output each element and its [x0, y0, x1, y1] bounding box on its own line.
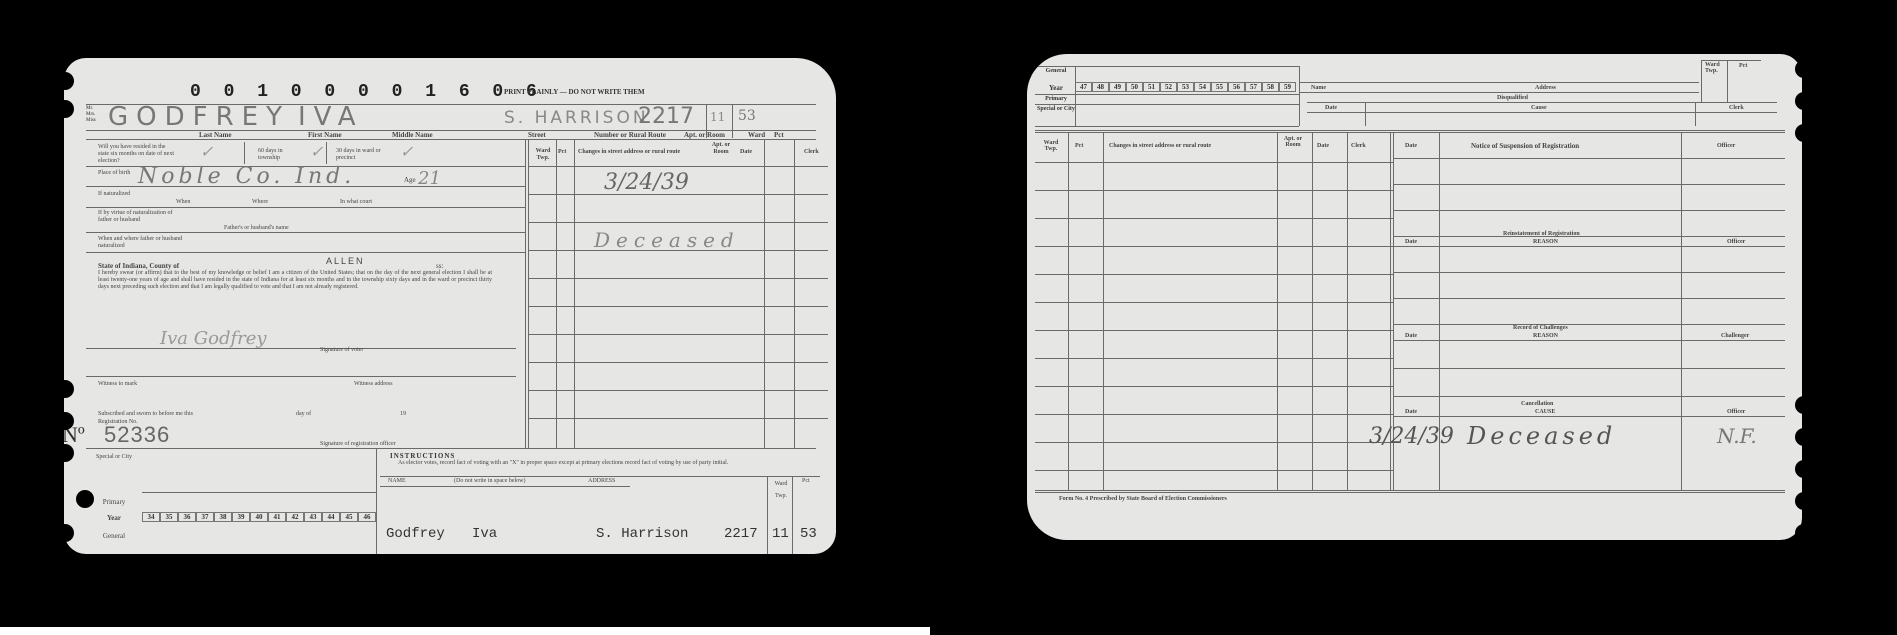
- instructions-pct-label: Pct: [802, 478, 810, 484]
- typed-last-name: Godfrey: [386, 526, 445, 542]
- witness-mark-label: Witness to mark: [98, 380, 137, 388]
- registration-number: 52336: [104, 422, 170, 448]
- typed-street: S. Harrison: [596, 526, 688, 542]
- naturalized-label: If naturalized: [98, 190, 130, 198]
- back-pct-label: Pct: [1739, 62, 1747, 70]
- typed-first-name: Iva: [472, 526, 497, 542]
- voting-label-year: Year: [90, 514, 138, 522]
- cancellation-officer-value: N.F.: [1717, 424, 1757, 448]
- residency-answer-ward: ✓: [400, 142, 413, 161]
- back-date-label: Date: [1325, 104, 1337, 112]
- oath-text: I hereby swear (or affirm) that to the b…: [98, 270, 492, 291]
- residency-answer-state: ✓: [200, 142, 213, 161]
- voting-year-row: 34 35 36 37 38 39 40 41 42 43 44 45 46: [142, 512, 376, 522]
- father-when-where: When and where father or husband natural…: [98, 236, 186, 250]
- registration-card-front: 0 0 1 0 0 0 0 1 6 0 6 PRINT PLAINLY — DO…: [64, 58, 836, 554]
- back-ward-label: Ward Twp.: [1705, 62, 1725, 74]
- naturalized-when: When: [176, 198, 190, 206]
- back-label-primary: Primary: [1037, 96, 1075, 102]
- suspension-header-notice: Notice of Suspension of Registration: [1471, 142, 1579, 150]
- changes-header-ward: Ward Twp.: [532, 148, 554, 162]
- label-apt: Apt. or Room: [684, 131, 725, 139]
- residency-answer-township: ✓: [310, 142, 323, 161]
- last-name-value: GODFREY: [108, 102, 290, 132]
- suspension-header-officer: Officer: [1717, 142, 1735, 150]
- cancellation-header-date: Date: [1405, 408, 1417, 416]
- back-disqualified-label: Disqualified: [1497, 94, 1528, 102]
- voter-signature: Iva Godfrey: [160, 328, 267, 349]
- form-footer: Form No. 4 Prescribed by State Board of …: [1059, 496, 1227, 502]
- back-name-label: Name: [1311, 84, 1326, 92]
- instructions-text: As elector votes, record fact of voting …: [398, 460, 808, 467]
- registration-officer-label: Signature of registration officer: [320, 440, 396, 448]
- changes-header-apt: Apt. or Room: [707, 142, 735, 156]
- back-label-special: Special or City: [1037, 106, 1075, 112]
- subscribed-day-label: day of: [296, 410, 311, 418]
- ward-precinct-label: 30 days in ward or precinct: [336, 148, 396, 162]
- township-label: 60 days in township: [258, 148, 302, 162]
- age-label: Age: [404, 176, 416, 184]
- cancellation-cause-value: Deceased: [1467, 422, 1616, 450]
- oath-title: State of Indiana, County of: [98, 262, 179, 270]
- reinstatement-header-reason: REASON: [1533, 238, 1558, 246]
- county-value: ALLEN: [326, 256, 365, 266]
- label-last-name: Last Name: [199, 131, 231, 139]
- naturalized-court: In what court: [340, 198, 372, 206]
- cancellation-date-value: 3/24/39: [1369, 424, 1454, 449]
- birth-label: Place of birth: [98, 170, 132, 177]
- number-value: 2217: [638, 104, 694, 129]
- changes-header-address: Changes in street address or rural route: [578, 148, 680, 156]
- subscribed-text: Subscribed and sworn to before me this: [98, 410, 193, 418]
- typed-number: 2217: [724, 526, 758, 542]
- father-naturalization-label: If by virtue of naturalization of father…: [98, 210, 178, 224]
- signature-label: Signature of voter: [320, 346, 363, 354]
- label-ward: Ward: [748, 131, 765, 139]
- challenges-header-challenger: Challenger: [1721, 332, 1749, 340]
- first-name-value: IVA: [298, 102, 364, 132]
- cancellation-title: Cancellation: [1521, 400, 1553, 408]
- subscribed-year: 19: [400, 410, 406, 418]
- back-clerk-label: Clerk: [1729, 104, 1744, 112]
- back-voting-year-row: 47 48 49 50 51 52 53 54 55 56 57 58 59: [1075, 82, 1296, 92]
- back-label-general: General: [1037, 68, 1075, 74]
- changes-header-date: Date: [740, 148, 752, 156]
- header-notice: PRINT PLAINLY — DO NOT WRITE THEM: [504, 88, 645, 96]
- label-pct: Pct: [774, 131, 784, 139]
- challenges-header-date: Date: [1405, 332, 1417, 340]
- voting-label-general: General: [90, 532, 138, 540]
- instructions-do-not-write: (Do not write in space below): [454, 478, 525, 484]
- oath-ss: ss:: [436, 262, 443, 270]
- label-middle-name: Middle Name: [392, 131, 433, 139]
- cancellation-header-officer: Officer: [1727, 408, 1745, 416]
- cancellation-header-cause: CAUSE: [1535, 408, 1555, 416]
- changes-header-pct: Pct: [558, 148, 566, 156]
- challenges-header-reason: REASON: [1533, 332, 1558, 340]
- label-first-name: First Name: [308, 131, 342, 139]
- street-value: S. HARRISON: [504, 108, 649, 128]
- back-changes-header-date: Date: [1317, 142, 1329, 150]
- instructions-name-label: NAME: [388, 478, 406, 484]
- reinstatement-header-officer: Officer: [1727, 238, 1745, 246]
- serial-stamp: 0 0 1 0 0 0 0 1 6 0 6: [190, 82, 543, 102]
- typed-ward: 11: [772, 526, 789, 542]
- reinstatement-title: Reinstatement of Registration: [1503, 230, 1580, 238]
- label-number: Number or Rural Route: [594, 131, 666, 139]
- back-changes-header-clerk: Clerk: [1351, 142, 1366, 150]
- suspension-header-date: Date: [1405, 142, 1417, 150]
- back-changes-header-pct: Pct: [1075, 142, 1083, 150]
- back-cause-label: Cause: [1531, 104, 1547, 112]
- label-street: Street: [528, 131, 546, 139]
- instructions-ward-label: Ward Twp.: [770, 478, 792, 502]
- changes-entry-deceased: Deceased: [594, 228, 740, 252]
- reinstatement-header-date: Date: [1405, 238, 1417, 246]
- back-changes-header-address: Changes in street address or rural route: [1109, 142, 1211, 150]
- pct-value: 53: [738, 108, 756, 124]
- father-name-label: Father's or husband's name: [224, 224, 289, 232]
- witness-address-label: Witness address: [354, 380, 393, 388]
- registration-card-back: General Year Primary Special or City 47 …: [1027, 54, 1802, 540]
- instructions-title: INSTRUCTIONS: [390, 452, 455, 460]
- back-changes-header-apt: Apt. or Room: [1279, 136, 1307, 148]
- back-label-year: Year: [1037, 84, 1075, 92]
- challenges-title: Record of Challenges: [1513, 324, 1568, 332]
- changes-header-clerk: Clerk: [804, 148, 819, 156]
- ward-value: 11: [710, 110, 725, 124]
- changes-entry-date: 3/24/39: [604, 170, 689, 195]
- back-address-label: Address: [1535, 84, 1556, 92]
- naturalized-where: Where: [252, 198, 268, 206]
- back-changes-header-ward: Ward Twp.: [1037, 140, 1065, 152]
- voting-label-special: Special or City: [90, 454, 138, 460]
- typed-pct: 53: [800, 526, 817, 542]
- voting-label-primary: Primary: [90, 498, 138, 506]
- prefix-labels: Mr. Mrs. Miss: [86, 106, 96, 124]
- bottom-strip: [0, 627, 930, 635]
- residency-question: Will you have resided in the state six m…: [98, 144, 178, 165]
- instructions-address-label: ADDRESS: [588, 478, 615, 484]
